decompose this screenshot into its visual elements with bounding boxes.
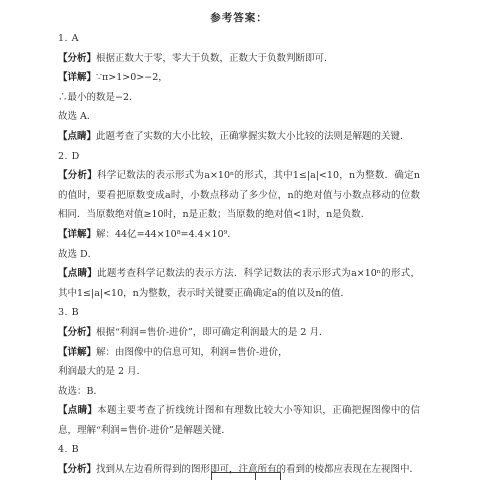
paragraph-text: 根据正数大于零，零大于负数，正数大于负数判断即可． [96,53,334,64]
answer-paragraph: 利润最大的是 2 月． [58,362,420,382]
paragraph-tag: 【分析】 [58,327,96,338]
answer-paragraph: 【分析】根据正数大于零，零大于负数，正数大于负数判断即可． [58,49,420,69]
paragraph-text: 解：44亿=44×10⁸=4.4×10⁹． [96,229,237,240]
answer-paragraph: 故选：B． [58,382,420,402]
answer-number: 2. D [58,147,420,167]
paragraph-tag: 【分析】 [58,170,97,181]
paragraph-text: 此题考查科学记数法的表示方法．科学记数法的表示形式为a×10ⁿ的形式，其中1≤|… [58,268,420,299]
answer-paragraph: 【详解】解：由图像中的信息可知，利润=售价-进价， [58,343,420,363]
answer-paragraph: 【分析】科学记数法的表示形式为a×10ⁿ的形式，其中1≤|a|<10，n为整数．… [58,166,420,225]
answer-paragraph: 【点睛】此题考查了实数的大小比较，正确掌握实数大小比较的法则是解题的关键． [58,127,420,147]
answer-number: 1. A [58,29,420,49]
paragraph-tag: 【点睛】 [58,131,96,142]
answer-block-1: 1. A 【分析】根据正数大于零，零大于负数，正数大于负数判断即可． 【详解】∵… [58,29,420,147]
answer-block-3: 3. B 【分析】根据“利润=售价-进价”，即可确定利润最大的是 2 月． 【详… [58,303,420,440]
answer-paragraph: 故选 A． [58,107,420,127]
answer-paragraph: 【详解】解：44亿=44×10⁸=4.4×10⁹． [58,225,420,245]
paragraph-tag: 【点睛】 [58,268,97,279]
answer-block-2: 2. D 【分析】科学记数法的表示形式为a×10ⁿ的形式，其中1≤|a|<10，… [58,147,420,304]
paragraph-text: 利润最大的是 2 月． [58,366,146,377]
paragraph-text: 故选 A． [58,111,96,122]
paragraph-tag: 【详解】 [58,347,96,358]
answer-paragraph: 【分析】根据“利润=售价-进价”，即可确定利润最大的是 2 月． [58,323,420,343]
paragraph-text: 故选：B． [58,386,103,397]
paragraph-text: ∵π>1>0>−2， [96,72,168,83]
answer-number: 3. B [58,303,420,323]
answer-paragraph: 【点睛】此题考查科学记数法的表示方法．科学记数法的表示形式为a×10ⁿ的形式，其… [58,264,420,303]
paragraph-text: 此题考查了实数的大小比较，正确掌握实数大小比较的法则是解题的关键． [96,131,410,142]
answer-key-page: 参考答案： 1. A 【分析】根据正数大于零，零大于负数，正数大于负数判断即可．… [0,0,480,480]
paragraph-text: 科学记数法的表示形式为a×10ⁿ的形式，其中1≤|a|<10，n为整数．确定n的… [58,170,420,220]
answer-number: 4. B [58,440,420,460]
paragraph-text: ∴最小的数是−2． [58,92,139,103]
paragraph-tag: 【分析】 [58,464,96,475]
figure-right-cell [256,472,281,480]
answer-paragraph: ∴最小的数是−2． [58,88,420,108]
answer-paragraph: 故选 D． [58,245,420,265]
left-view-figure [211,472,281,480]
paragraph-tag: 【详解】 [58,72,96,83]
figure-left-cell [211,472,256,480]
paragraph-text: 根据“利润=售价-进价”，即可确定利润最大的是 2 月． [96,327,328,338]
paragraph-tag: 【详解】 [58,229,96,240]
page-title: 参考答案： [58,8,420,29]
paragraph-text: 本题主要考查了折线统计图和有理数比较大小等知识，正确把握图像中的信息，理解“利润… [58,405,420,436]
answer-paragraph: 【点睛】本题主要考查了折线统计图和有理数比较大小等知识，正确把握图像中的信息，理… [58,401,420,440]
paragraph-text: 故选 D． [58,249,97,260]
answer-paragraph: 【详解】∵π>1>0>−2， [58,68,420,88]
paragraph-tag: 【点睛】 [58,405,97,416]
paragraph-text: 解：由图像中的信息可知，利润=售价-进价， [96,347,288,358]
paragraph-tag: 【分析】 [58,53,96,64]
